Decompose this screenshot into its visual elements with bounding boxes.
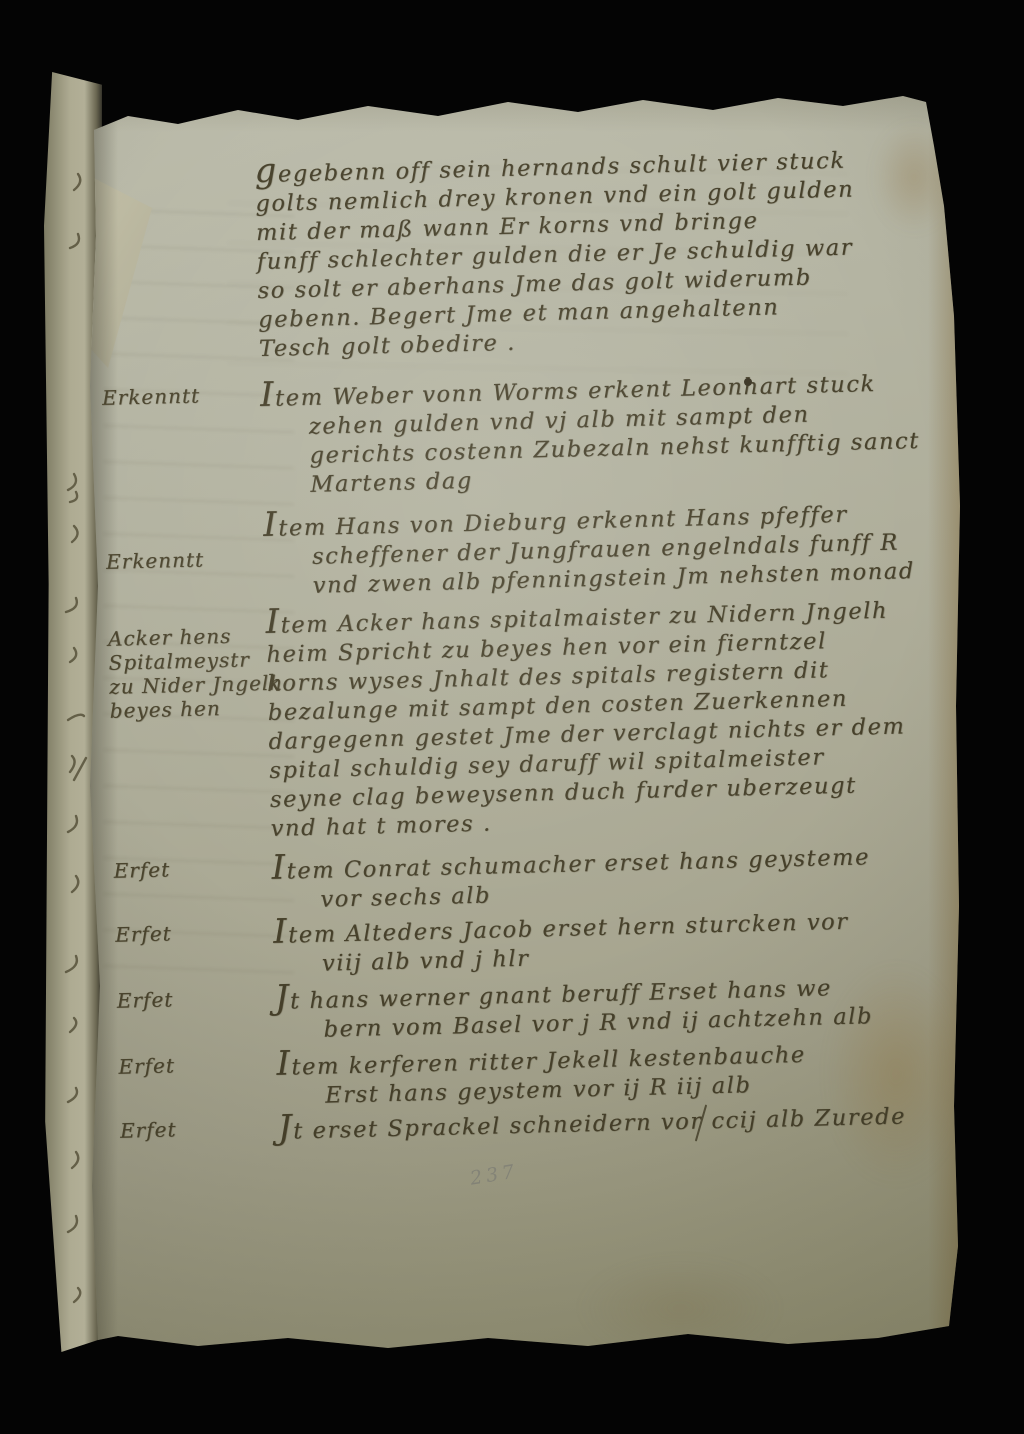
photographed-manuscript: gegebenn off sein hernands schult vier s… bbox=[0, 0, 1024, 1434]
photo-vignette bbox=[88, 86, 962, 1354]
manuscript-page: gegebenn off sein hernands schult vier s… bbox=[88, 86, 962, 1354]
